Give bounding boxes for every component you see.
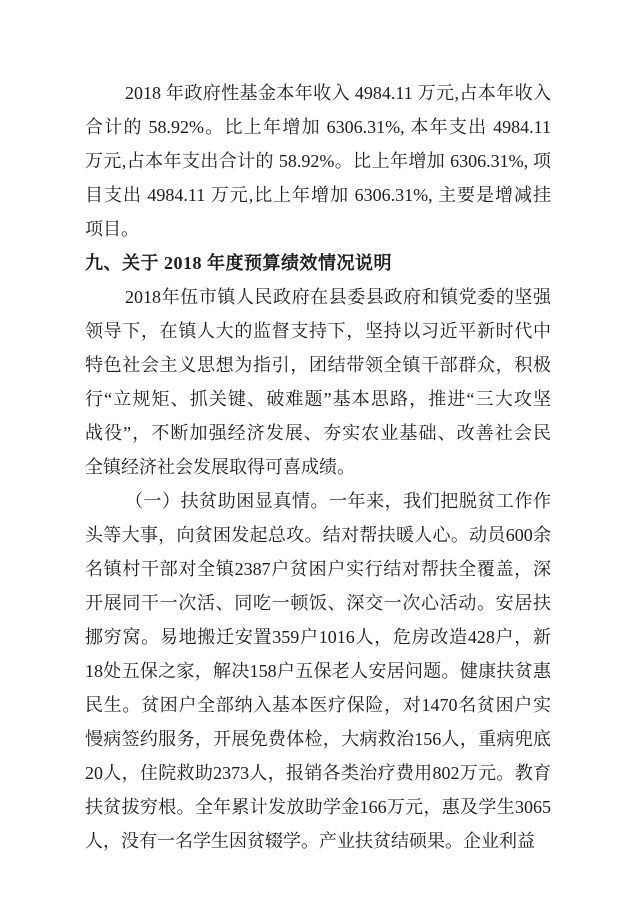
- text-line: （一）扶贫助困显真情。一年来，我们把脱贫工作作为: [85, 484, 551, 518]
- text-line: 民生。贫困户全部纳入基本医疗保险，对1470名贫困户实施: [85, 688, 551, 722]
- text-line: 扶贫拔穷根。全年累计发放助学金166万元，惠及学生3065: [85, 790, 551, 824]
- heading-line: 九、关于 2018 年度预算绩效情况说明: [85, 246, 551, 280]
- para-performance-overview: 2018年伍市镇人民政府在县委县政府和镇党委的坚强领导下，在镇人大的监督支持下，…: [85, 280, 551, 484]
- text-line: 20人，住院救助2373人，报销各类治疗费用802万元。教育: [85, 756, 551, 790]
- text-line: 特色社会主义思想为指引，团结带领全镇干部群众，积极践: [85, 348, 551, 382]
- text-line: 人，没有一名学生因贫辍学。产业扶贫结硕果。企业利益联: [85, 824, 551, 858]
- text-line: 2018 年政府性基金本年收入 4984.11 万元,占本年收入: [85, 76, 551, 110]
- text-line: 名镇村干部对全镇2387户贫困户实行结对帮扶全覆盖，深入: [85, 552, 551, 586]
- para-government-fund-summary: 2018 年政府性基金本年收入 4984.11 万元,占本年收入合计的 58.9…: [85, 76, 551, 246]
- text-line: 开展同干一次活、同吃一顿饭、深交一次心活动。安居扶贫: [85, 586, 551, 620]
- text-line: 领导下，在镇人大的监督支持下，坚持以习近平新时代中国: [85, 314, 551, 348]
- document-page: 2018 年政府性基金本年收入 4984.11 万元,占本年收入合计的 58.9…: [0, 0, 634, 898]
- text-line: 目支出 4984.11 万元,比上年增加 6306.31%, 主要是增减挂: [85, 178, 551, 212]
- para-poverty-alleviation: （一）扶贫助困显真情。一年来，我们把脱贫工作作为头等大事，向贫困发起总攻。结对帮…: [85, 484, 551, 858]
- text-line: 2018年伍市镇人民政府在县委县政府和镇党委的坚强: [85, 280, 551, 314]
- heading-section-nine: 九、关于 2018 年度预算绩效情况说明: [85, 246, 551, 280]
- text-line: 项目。: [85, 212, 551, 246]
- text-line: 头等大事，向贫困发起总攻。结对帮扶暖人心。动员600余: [85, 518, 551, 552]
- document-body: 2018 年政府性基金本年收入 4984.11 万元,占本年收入合计的 58.9…: [85, 76, 551, 858]
- text-line: 战役”，不断加强经济发展、夯实农业基础、改善社会民生，: [85, 416, 551, 450]
- text-line: 18处五保之家，解决158户五保老人安居问题。健康扶贫惠: [85, 654, 551, 688]
- text-line: 万元,占本年支出合计的 58.92%。比上年增加 6306.31%, 项: [85, 144, 551, 178]
- text-line: 行“立规矩、抓关键、破难题”基本思路，推进“三大攻坚: [85, 382, 551, 416]
- text-line: 全镇经济社会发展取得可喜成绩。: [85, 450, 551, 484]
- text-line: 挪穷窝。易地搬迁安置359户1016人，危房改造428户，新建: [85, 620, 551, 654]
- text-line: 慢病签约服务，开展免费体检，大病救治156人，重病兜底: [85, 722, 551, 756]
- text-line: 合计的 58.92%。比上年增加 6306.31%, 本年支出 4984.11: [85, 110, 551, 144]
